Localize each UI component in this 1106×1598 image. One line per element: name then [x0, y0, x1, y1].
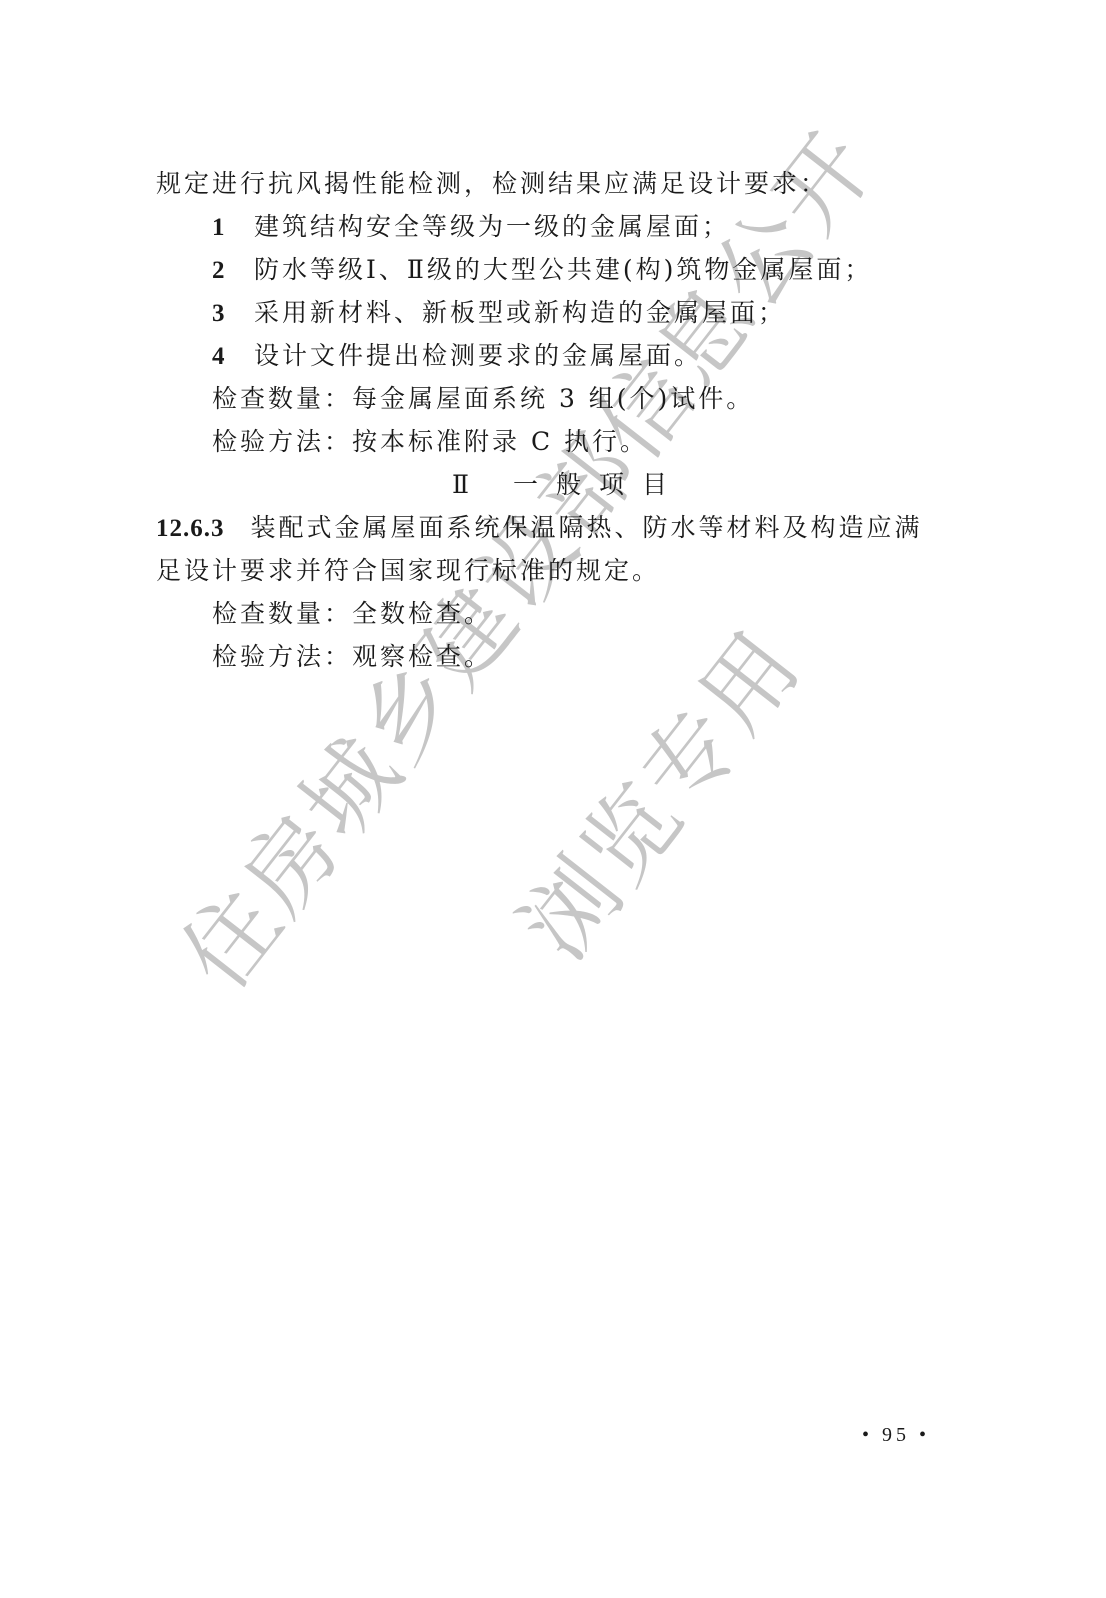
list-item: 2防水等级Ⅰ、Ⅱ级的大型公共建(构)筑物金属屋面；: [212, 254, 872, 287]
item-text: 设计文件提出检测要求的金属屋面。: [254, 341, 702, 370]
list-item: 4设计文件提出检测要求的金属屋面。: [212, 340, 702, 373]
intro-line: 规定进行抗风揭性能检测，检测结果应满足设计要求：: [156, 168, 828, 200]
item-number: 4: [212, 341, 254, 373]
item-number: 1: [212, 212, 254, 244]
item-text: 采用新材料、新板型或新构造的金属屋面；: [254, 298, 786, 327]
check-quantity: 检查数量：全数检查。: [212, 598, 492, 630]
clause-line-2: 足设计要求并符合国家现行标准的规定。: [156, 555, 660, 587]
check-method: 检验方法：按本标准附录 C 执行。: [212, 426, 648, 458]
section-heading: Ⅱ 一般项目: [452, 469, 685, 501]
clause-text: 装配式金属屋面系统保温隔热、防水等材料及构造应满: [251, 513, 923, 542]
list-item: 3采用新材料、新板型或新构造的金属屋面；: [212, 297, 786, 330]
check-method: 检验方法：观察检查。: [212, 641, 492, 673]
check-quantity: 检查数量：每金属屋面系统 3 组(个)试件。: [212, 383, 754, 415]
list-item: 1建筑结构安全等级为一级的金属屋面；: [212, 211, 730, 244]
item-text: 防水等级Ⅰ、Ⅱ级的大型公共建(构)筑物金属屋面；: [254, 255, 872, 284]
clause-line-1: 12.6.3装配式金属屋面系统保温隔热、防水等材料及构造应满: [156, 512, 923, 545]
item-number: 3: [212, 298, 254, 330]
watermark-secondary: 浏览专用: [486, 598, 826, 982]
item-number: 2: [212, 255, 254, 287]
item-text: 建筑结构安全等级为一级的金属屋面；: [254, 212, 730, 241]
clause-number: 12.6.3: [156, 515, 225, 542]
page-number: • 95 •: [862, 1424, 930, 1447]
